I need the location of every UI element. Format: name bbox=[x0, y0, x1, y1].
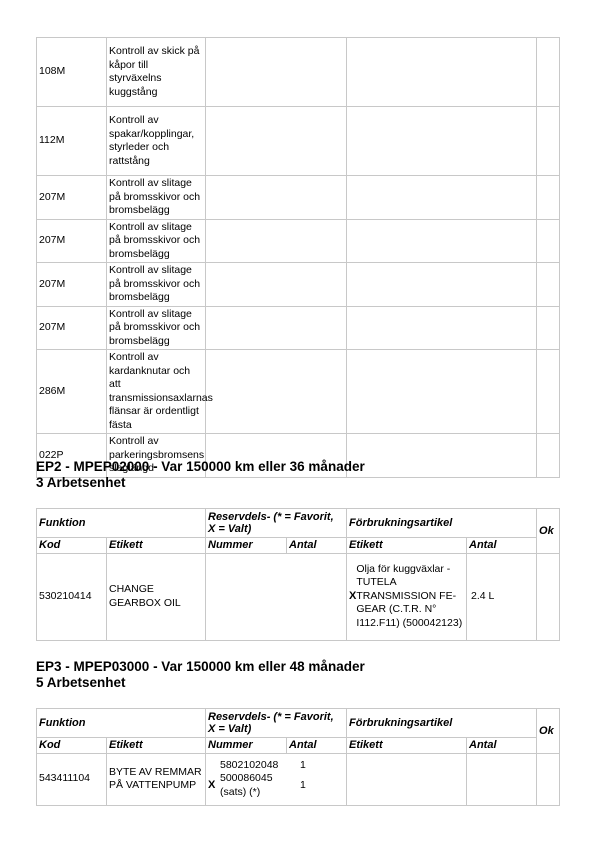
ok-cell[interactable] bbox=[537, 434, 560, 478]
table-row: 207MKontroll av slitage på bromsskivor o… bbox=[37, 219, 560, 263]
selected-mark: X bbox=[208, 779, 220, 793]
row-consumable bbox=[347, 350, 537, 434]
row-code: 207M bbox=[37, 306, 107, 350]
consumable-label: Olja för kuggväxlar - TUTELA TRANSMISSIO… bbox=[356, 563, 464, 631]
row-label: Kontroll av slitage på bromsskivor och b… bbox=[107, 219, 206, 263]
header-antal: Antal bbox=[287, 738, 347, 754]
row-consumable bbox=[347, 176, 537, 220]
row-consumable bbox=[347, 434, 537, 478]
selected-mark: X bbox=[349, 590, 356, 604]
ok-cell[interactable] bbox=[537, 263, 560, 307]
table-row: 207MKontroll av slitage på bromsskivor o… bbox=[37, 263, 560, 307]
row-consumable: X Olja för kuggväxlar - TUTELA TRANSMISS… bbox=[347, 553, 467, 640]
ep3-title: EP3 - MPEP03000 - Var 150000 km eller 48… bbox=[36, 659, 365, 674]
part-number: 500086045 (sats) (*) bbox=[220, 772, 290, 799]
row-code: 207M bbox=[37, 176, 107, 220]
header-antal-consumable: Antal bbox=[467, 738, 537, 754]
table-row: 530210414 CHANGE GEARBOX OIL X Olja för … bbox=[37, 553, 560, 640]
row-label: CHANGE GEARBOX OIL bbox=[107, 553, 206, 640]
row-parts: 5802102048 1 X 500086045 (sats) (*) 1 bbox=[206, 753, 347, 805]
ok-cell[interactable] bbox=[537, 753, 560, 805]
header-kod: Kod bbox=[37, 738, 107, 754]
row-code: 207M bbox=[37, 263, 107, 307]
ok-cell[interactable] bbox=[537, 350, 560, 434]
header-nummer: Nummer bbox=[206, 738, 287, 754]
row-code: 530210414 bbox=[37, 553, 107, 640]
header-etikett-consumable: Etikett bbox=[347, 738, 467, 754]
row-label: BYTE AV REMMAR PÅ VATTENPUMP bbox=[107, 753, 206, 805]
row-consumable bbox=[347, 263, 537, 307]
part-qty: 1 bbox=[290, 779, 306, 793]
part-number: 5802102048 bbox=[220, 759, 290, 773]
row-label: Kontroll av spakar/kopplingar, styrleder… bbox=[107, 107, 206, 176]
header-reservdels: Reservdels- (* = Favorit, X = Valt) bbox=[206, 509, 347, 538]
row-code: 112M bbox=[37, 107, 107, 176]
row-parts bbox=[206, 306, 347, 350]
header-nummer: Nummer bbox=[206, 538, 287, 554]
header-reservdels: Reservdels- (* = Favorit, X = Valt) bbox=[206, 709, 347, 738]
header-etikett: Etikett bbox=[107, 538, 206, 554]
table-row: 286MKontroll av kardanknutar och att tra… bbox=[37, 350, 560, 434]
maintenance-table-continued: 108MKontroll av skick på kåpor till styr… bbox=[36, 37, 560, 478]
part-qty: 1 bbox=[290, 759, 306, 773]
row-consumable bbox=[347, 107, 537, 176]
ep3-heading: EP3 - MPEP03000 - Var 150000 km eller 48… bbox=[36, 659, 365, 691]
table-row: 108MKontroll av skick på kåpor till styr… bbox=[37, 38, 560, 107]
row-parts bbox=[206, 219, 347, 263]
header-etikett-consumable: Etikett bbox=[347, 538, 467, 554]
row-parts bbox=[206, 553, 347, 640]
table-row: 112MKontroll av spakar/kopplingar, styrl… bbox=[37, 107, 560, 176]
row-label: Kontroll av kardanknutar och att transmi… bbox=[107, 350, 206, 434]
row-consumable bbox=[347, 753, 467, 805]
table-row: 207MKontroll av slitage på bromsskivor o… bbox=[37, 176, 560, 220]
row-code: 108M bbox=[37, 38, 107, 107]
ok-cell[interactable] bbox=[537, 38, 560, 107]
ok-cell[interactable] bbox=[537, 553, 560, 640]
part-line: 5802102048 1 bbox=[208, 759, 344, 773]
consumable-qty bbox=[467, 753, 537, 805]
row-consumable bbox=[347, 306, 537, 350]
header-forbrukning: Förbrukningsartikel bbox=[347, 509, 537, 538]
row-code: 207M bbox=[37, 219, 107, 263]
row-consumable bbox=[347, 219, 537, 263]
header-kod: Kod bbox=[37, 538, 107, 554]
ok-cell[interactable] bbox=[537, 306, 560, 350]
header-ok: Ok bbox=[537, 509, 560, 554]
row-parts bbox=[206, 350, 347, 434]
ep3-table: Funktion Reservdels- (* = Favorit, X = V… bbox=[36, 708, 560, 806]
ok-cell[interactable] bbox=[537, 219, 560, 263]
header-etikett: Etikett bbox=[107, 738, 206, 754]
row-code: 543411104 bbox=[37, 753, 107, 805]
table-row: 207MKontroll av slitage på bromsskivor o… bbox=[37, 306, 560, 350]
table-row: 543411104 BYTE AV REMMAR PÅ VATTENPUMP 5… bbox=[37, 753, 560, 805]
ep2-heading: EP2 - MPEP02000 - Var 150000 km eller 36… bbox=[36, 459, 365, 491]
ok-cell[interactable] bbox=[537, 176, 560, 220]
row-label: Kontroll av skick på kåpor till styrväxe… bbox=[107, 38, 206, 107]
ep2-table: Funktion Reservdels- (* = Favorit, X = V… bbox=[36, 508, 560, 641]
ok-cell[interactable] bbox=[537, 107, 560, 176]
header-funktion: Funktion bbox=[37, 509, 206, 538]
header-forbrukning: Förbrukningsartikel bbox=[347, 709, 537, 738]
row-parts bbox=[206, 263, 347, 307]
row-code: 286M bbox=[37, 350, 107, 434]
row-parts bbox=[206, 176, 347, 220]
ep2-title: EP2 - MPEP02000 - Var 150000 km eller 36… bbox=[36, 459, 365, 474]
part-line: X 500086045 (sats) (*) 1 bbox=[208, 772, 344, 799]
header-antal-consumable: Antal bbox=[467, 538, 537, 554]
header-antal: Antal bbox=[287, 538, 347, 554]
header-ok: Ok bbox=[537, 709, 560, 754]
ep2-units: 3 Arbetsenhet bbox=[36, 475, 126, 490]
row-label: Kontroll av slitage på bromsskivor och b… bbox=[107, 263, 206, 307]
row-consumable bbox=[347, 38, 537, 107]
header-funktion: Funktion bbox=[37, 709, 206, 738]
row-parts bbox=[206, 38, 347, 107]
row-parts bbox=[206, 107, 347, 176]
ep3-units: 5 Arbetsenhet bbox=[36, 675, 126, 690]
row-label: Kontroll av slitage på bromsskivor och b… bbox=[107, 176, 206, 220]
consumable-qty: 2.4 L bbox=[467, 553, 537, 640]
row-label: Kontroll av slitage på bromsskivor och b… bbox=[107, 306, 206, 350]
